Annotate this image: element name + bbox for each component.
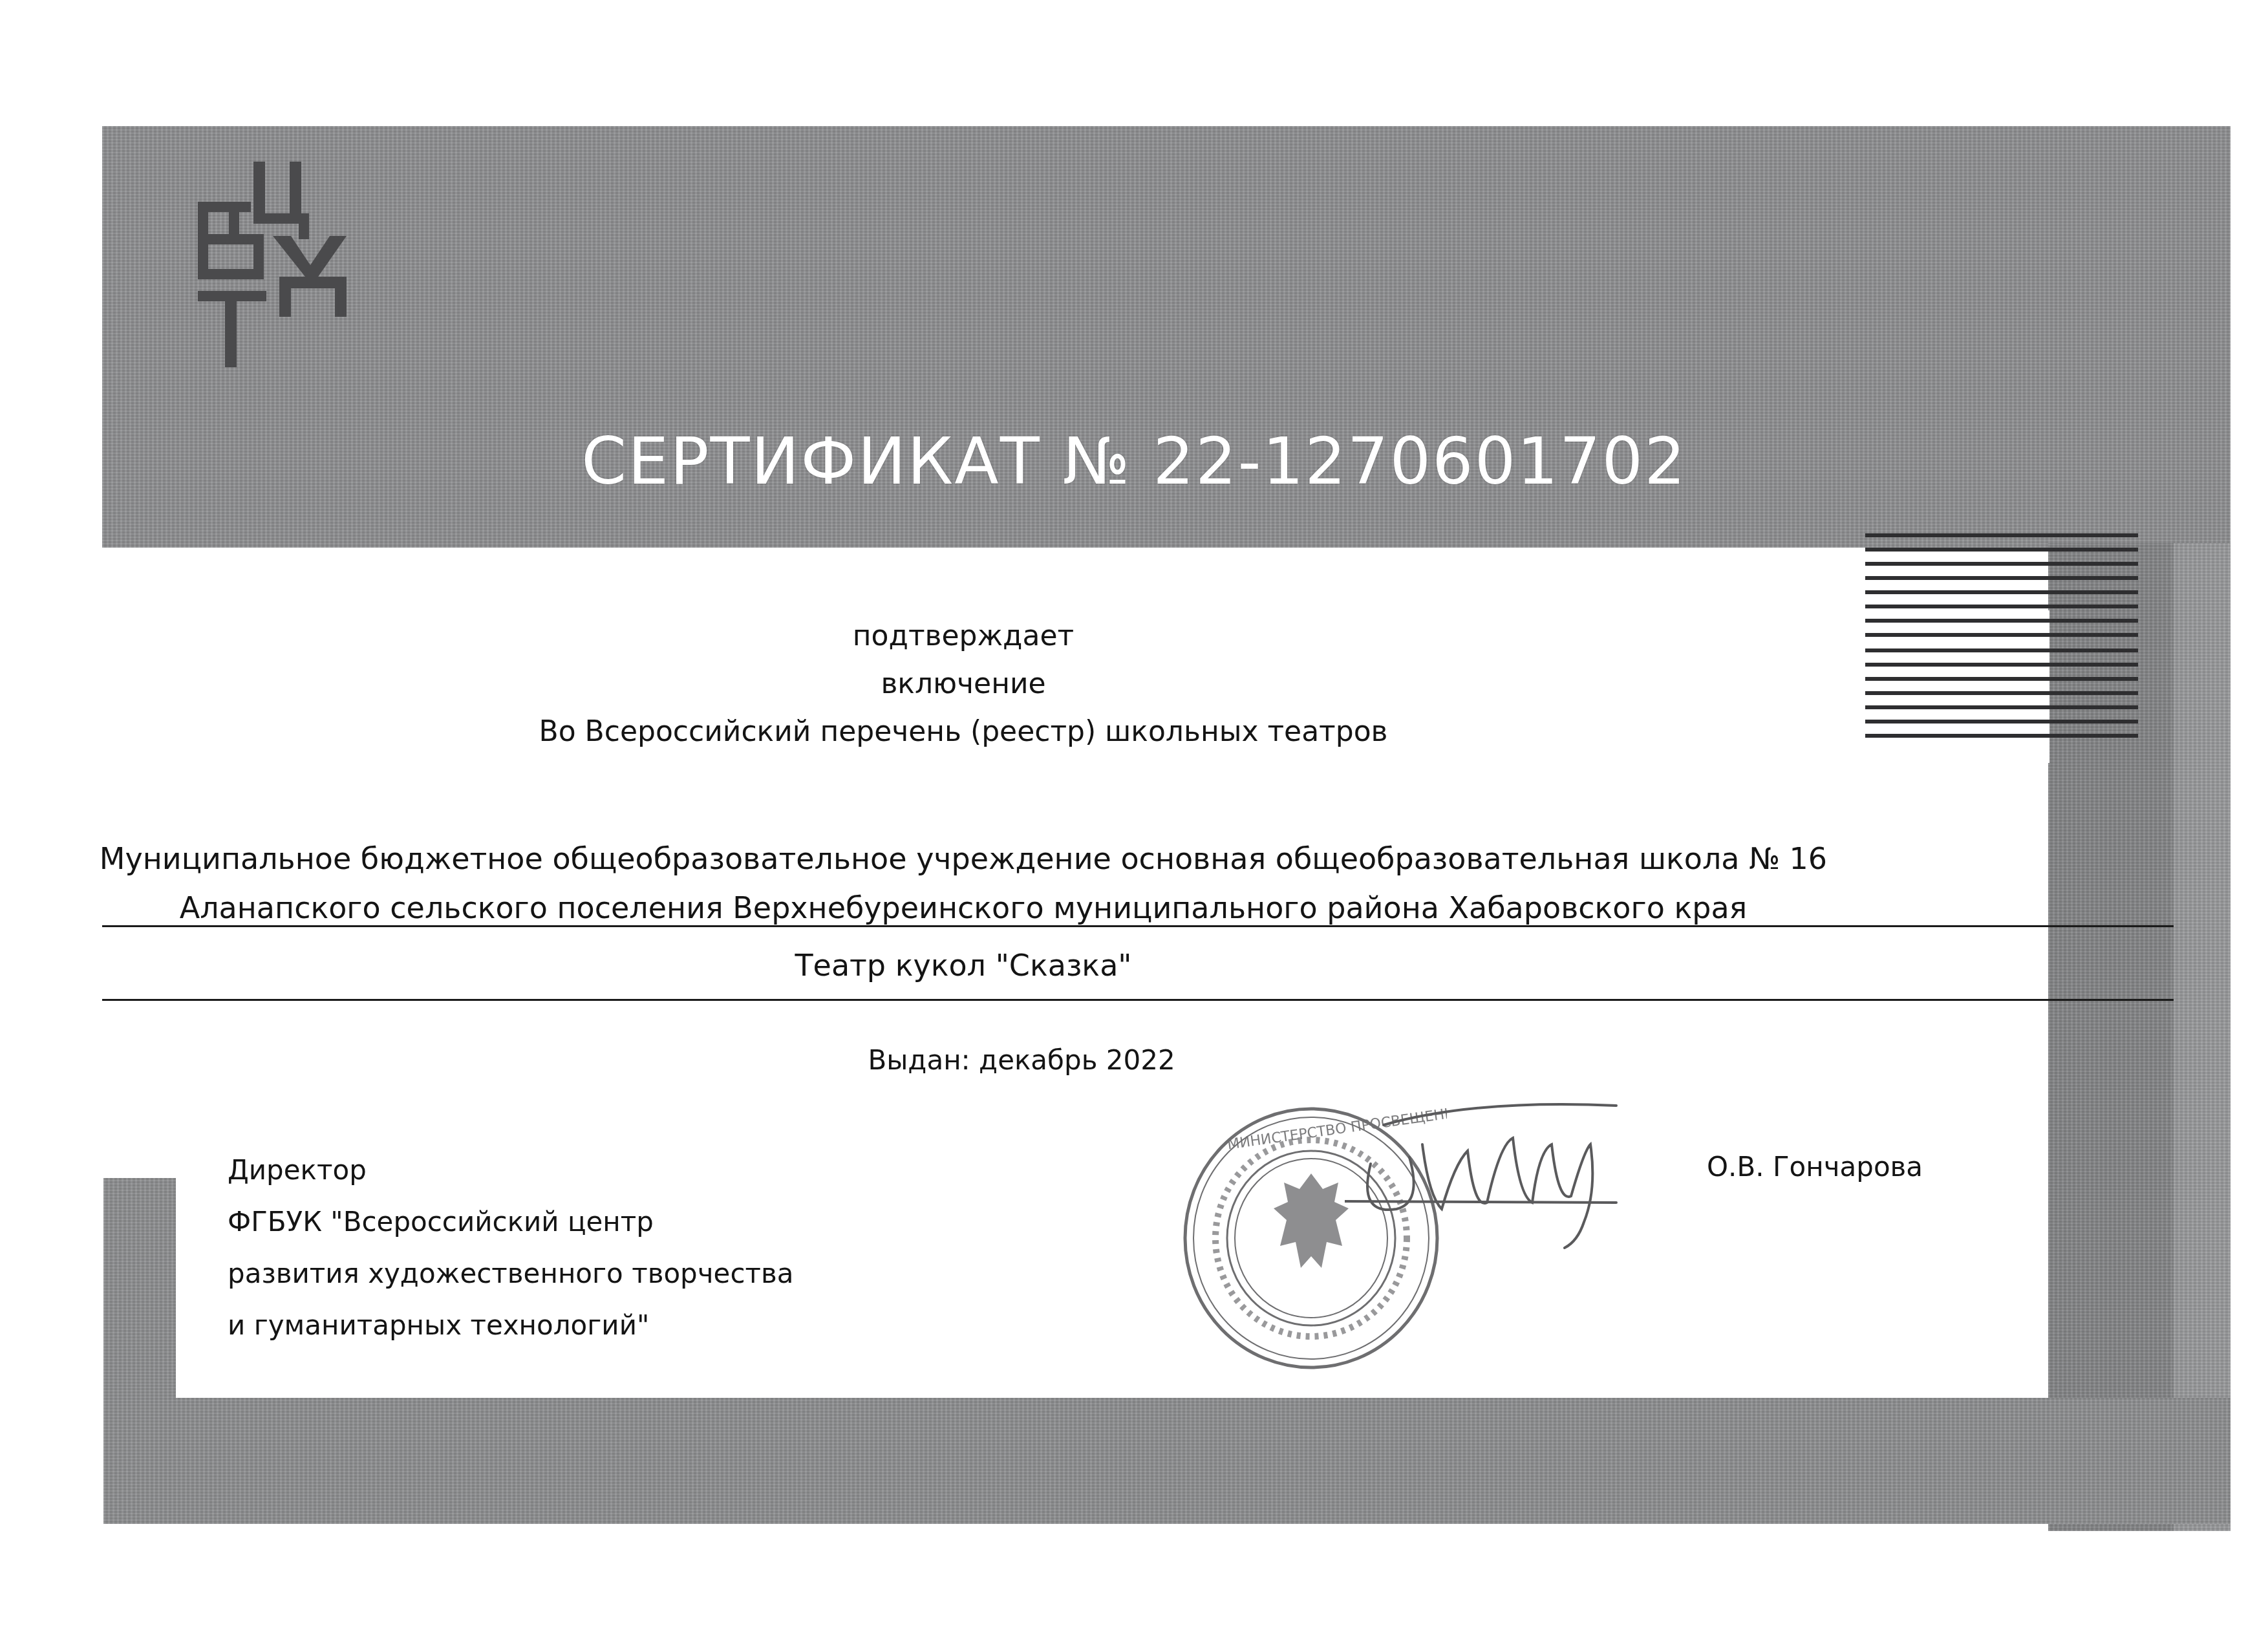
confirms-text: подтверждает	[0, 619, 1927, 652]
theatre-name: Театр кукол "Сказка"	[0, 948, 1927, 983]
registry-text: Во Всероссийский перечень (реестр) школь…	[0, 715, 1927, 748]
certificate-title: СЕРТИФИКАТ № 22-1270601702	[0, 423, 2268, 499]
divider-bottom	[102, 999, 2174, 1001]
organization-line-2: развития художественного творчества	[228, 1248, 793, 1300]
divider-top	[102, 925, 2174, 927]
institution-line-1: Муниципальное бюджетное общеобразователь…	[0, 834, 1927, 883]
footer-band	[103, 1398, 2231, 1524]
organization-line-3: и гуманитарных технологий"	[228, 1300, 793, 1351]
issue-date: Выдан: декабрь 2022	[0, 1044, 2043, 1076]
inclusion-text: включение	[0, 667, 1927, 700]
director-title: Директор	[228, 1144, 793, 1196]
handwritten-signature	[1345, 1086, 1655, 1254]
director-block: Директор ФГБУК "Всероссийский центр разв…	[228, 1144, 793, 1351]
right-frame-edge	[2174, 543, 2231, 1531]
signatory-name: О.В. Гончарова	[1707, 1151, 1923, 1183]
vcht-monogram-logo	[194, 162, 349, 369]
organization-line-1: ФГБУК "Всероссийский центр	[228, 1196, 793, 1248]
institution-name: Муниципальное бюджетное общеобразователь…	[0, 834, 1927, 932]
left-frame-column	[103, 1178, 176, 1404]
